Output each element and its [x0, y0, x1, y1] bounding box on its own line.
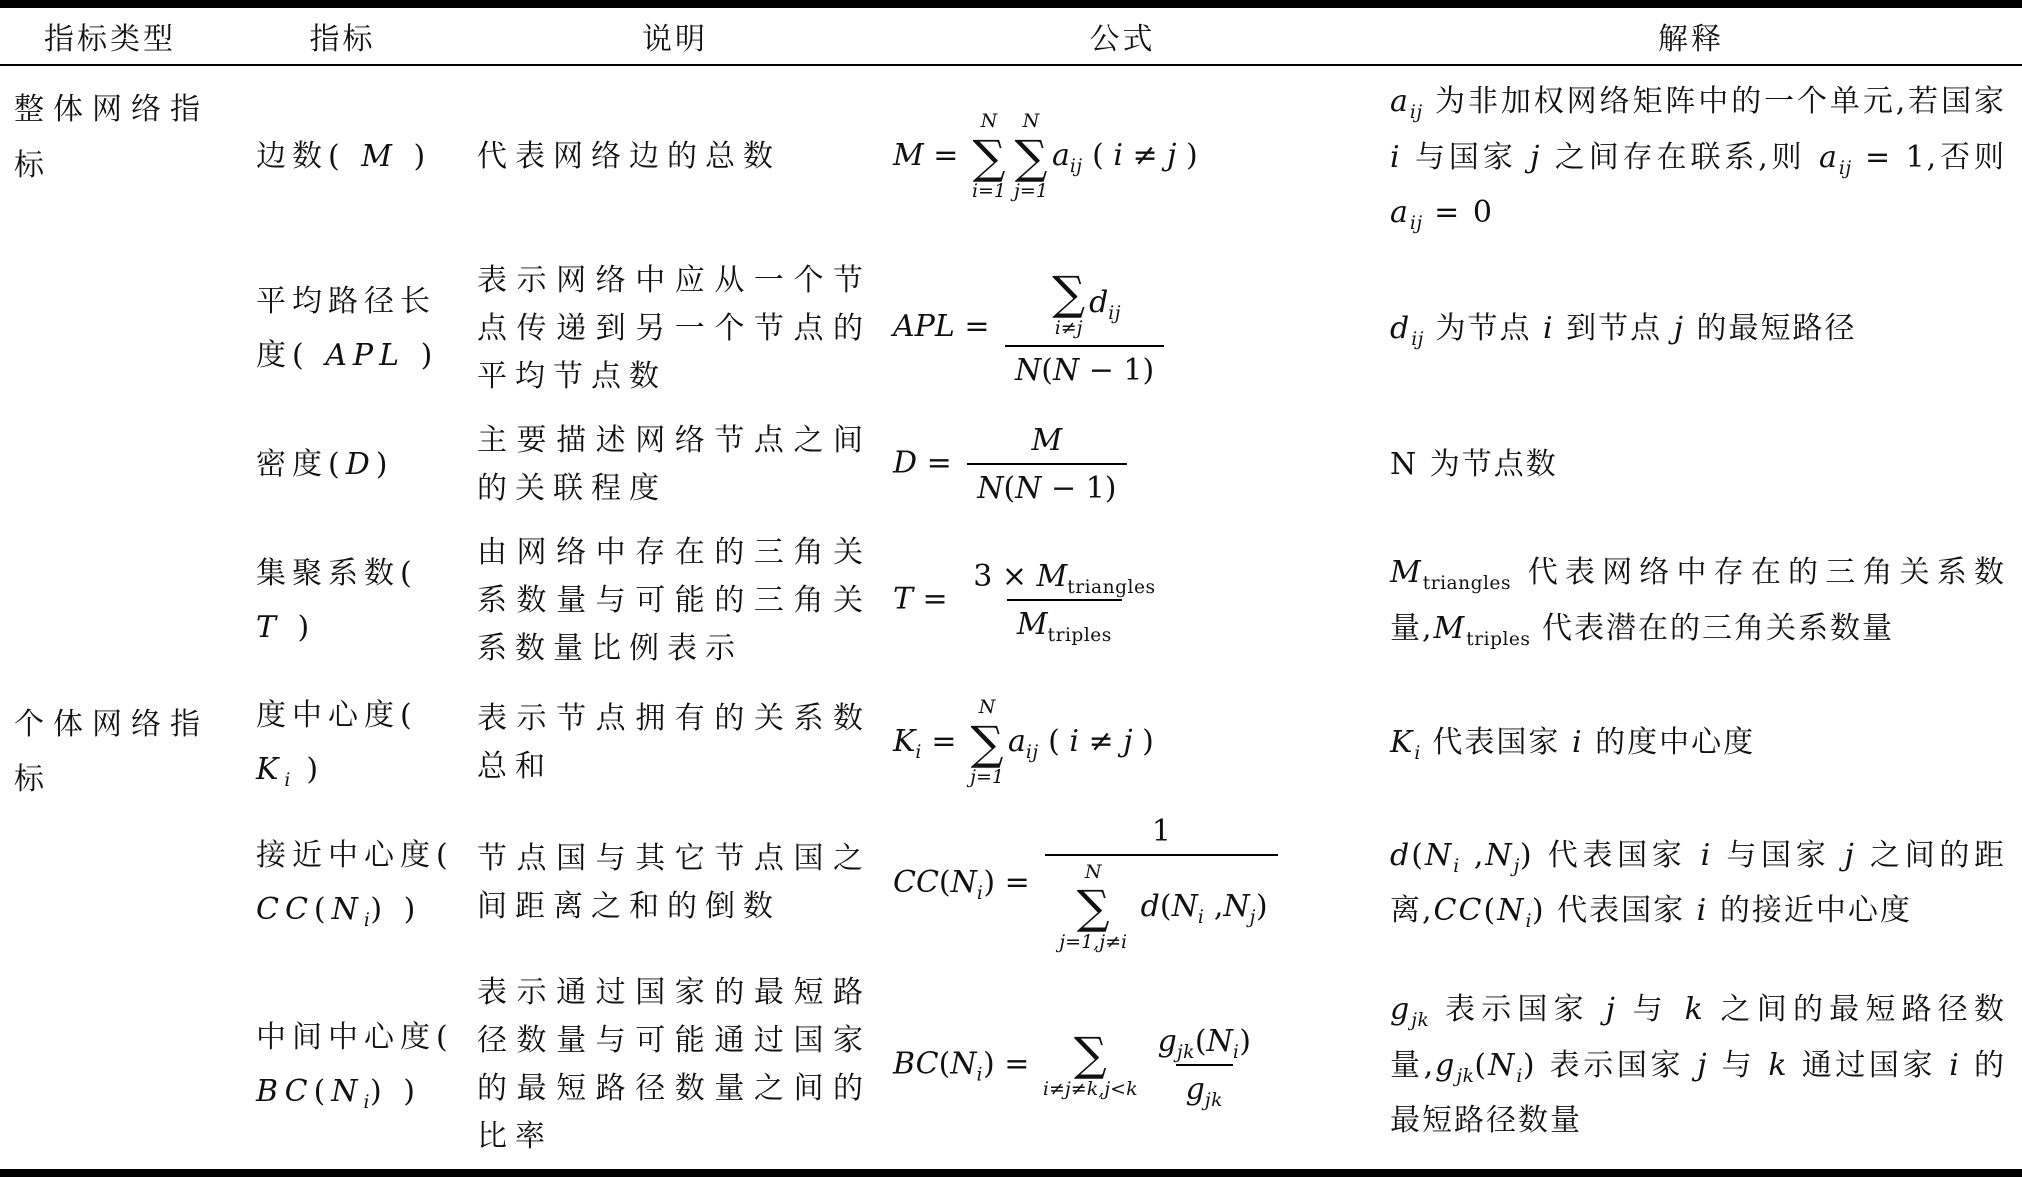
math-text: = 1,否则 — [1852, 140, 2006, 175]
math-text: 之间存在联系,则 — [1541, 140, 1819, 175]
math-text: ( — [1039, 724, 1070, 759]
math-text: 与 — [1709, 1048, 1769, 1083]
math-variable: k — [1768, 1048, 1788, 1083]
summation-symbol: N∑j=1 — [970, 697, 1004, 789]
formula-cell: M = N∑i=1N∑j=1aij ( i ≠ j ) — [885, 65, 1360, 249]
math-subscript: triples — [1048, 625, 1112, 646]
table-row-density: 密度(D) 主要描述网络节点之间的关联程度 D = MN(N − 1) N 为节… — [0, 409, 2022, 521]
math-variable: N — [1015, 353, 1041, 388]
fraction-denominator: Mtriples — [1007, 599, 1122, 642]
math-text: = — [955, 309, 999, 344]
math-text: 为节点 — [1424, 311, 1543, 346]
math-variable: N — [1172, 888, 1198, 923]
math-variable: N — [1015, 471, 1041, 506]
math-text: ( — [939, 864, 951, 899]
math-variable: N — [1223, 888, 1249, 923]
header-indicator-type: 指标类型 — [0, 4, 220, 65]
summation-symbol: ∑i≠j — [1052, 269, 1085, 339]
math-variable: j — [1845, 838, 1856, 873]
math-subscript: ij — [1410, 102, 1423, 123]
math-text: 通过国家 — [1789, 1048, 1950, 1083]
math-variable: K — [256, 752, 284, 787]
math-variable: N — [950, 1046, 976, 1081]
math-text: − 1) — [1079, 353, 1154, 388]
sigma-glyph: ∑ — [1015, 133, 1048, 181]
explanation-cell: gjk 表示国家 j 与 k 之间的最短路径数量,gjk(Ni) 表示国家 j … — [1360, 961, 2022, 1173]
math-text: 表示国家 — [1429, 992, 1605, 1027]
math-variable: APL — [325, 338, 405, 373]
math-text: 代表国家 — [1421, 725, 1572, 760]
group-cell-overall-network: 整体网络指标 — [0, 65, 220, 681]
formula-cell: APL = ∑i≠jdijN(N − 1) — [885, 249, 1360, 409]
sigma-glyph: ∑ — [1074, 1030, 1107, 1078]
math-text: 接近中心度( — [256, 838, 454, 873]
math-text: ( — [1195, 1024, 1207, 1059]
table-row-clustering: 集聚系数( T ) 由网络中存在的三角关系数量与可能的三角关系数量比例表示 T … — [0, 521, 2022, 681]
math-subscript: jk — [1177, 1042, 1195, 1063]
math-subscript: ij — [1026, 742, 1039, 763]
math-text: ) — [1176, 138, 1197, 173]
math-variable: i — [1949, 1048, 1961, 1083]
math-variable: BC — [256, 1074, 314, 1109]
network-indicators-table: 指标类型 指标 说明 公式 解释 整体网络指标 边数( M ) 代表网络边的总数… — [0, 0, 2022, 1177]
math-text: ) — [398, 139, 431, 174]
sum-lower-limit: i≠j≠k,j<k — [1043, 1079, 1138, 1101]
fraction-numerator: 3 × Mtriangles — [963, 559, 1165, 599]
math-text: ) ) — [370, 892, 421, 927]
math-text — [1131, 888, 1141, 923]
group-label-individual: 个体网络指标 — [14, 707, 209, 798]
math-text: 为非加权网络矩阵中的一个单元,若国家 — [1423, 84, 2006, 119]
formula-cell: Ki = N∑j=1aij ( i ≠ j ) — [885, 681, 1360, 806]
fraction-numerator: ∑i≠jdij — [1038, 269, 1131, 344]
header-formula: 公式 — [885, 4, 1360, 65]
summation-symbol: ∑i≠j≠k,j<k — [1043, 1030, 1138, 1100]
math-text: ) 代表国家 — [1520, 838, 1701, 873]
math-subscript: triples — [1466, 629, 1530, 650]
math-text: ) — [282, 610, 315, 645]
math-variable: N — [951, 864, 977, 899]
math-text: 代表潜在的三角关系数量 — [1530, 611, 1894, 646]
math-variable: i — [1390, 140, 1402, 175]
explanation-cell: aij 为非加权网络矩阵中的一个单元,若国家 i 与国家 j 之间存在联系,则 … — [1360, 65, 2022, 249]
explanation-cell: Ki 代表国家 i 的度中心度 — [1360, 681, 2022, 806]
sum-lower-limit: j=1,j≠i — [1059, 932, 1127, 954]
math-variable: N — [1485, 838, 1513, 873]
math-subscript: jk — [1205, 1090, 1223, 1111]
math-variable: M — [1017, 607, 1048, 642]
math-text: ≠ — [1079, 724, 1123, 759]
description-cell: 表示通过国家的最短路径数量与可能通过国家的最短路径数量之间的比率 — [465, 961, 885, 1173]
sigma-glyph: ∑ — [1077, 883, 1110, 931]
summation-symbol: N∑j=1,j≠i — [1059, 862, 1127, 954]
math-text: ) 表示国家 — [1523, 1048, 1697, 1083]
math-text: = — [913, 582, 957, 617]
math-text: ) 代表国家 — [1532, 893, 1697, 928]
math-variable: N — [332, 892, 364, 927]
sum-lower-limit: j=1 — [970, 767, 1004, 789]
math-variable: N — [1053, 353, 1079, 388]
fraction-denominator: gjk — [1176, 1064, 1233, 1107]
math-variable: M — [1390, 555, 1423, 590]
fraction: MN(N − 1) — [967, 423, 1126, 506]
math-variable: i — [1543, 311, 1555, 346]
table-row-edges: 整体网络指标 边数( M ) 代表网络边的总数 M = N∑i=1N∑j=1ai… — [0, 65, 2022, 249]
math-text: 度中心度( — [256, 698, 418, 733]
math-variable: N — [1207, 1024, 1233, 1059]
math-text: 与国家 — [1712, 838, 1844, 873]
description-cell: 表示网络中应从一个节点传递到另一个节点的平均节点数 — [465, 249, 885, 409]
math-text: ( — [1083, 138, 1114, 173]
math-text: ) — [1133, 724, 1154, 759]
math-text: = 0 — [1423, 195, 1494, 230]
math-variable: K — [893, 724, 915, 759]
math-text: ≠ — [1123, 138, 1167, 173]
fraction-numerator: 1 — [1142, 814, 1181, 854]
fraction-numerator: gjk(Ni) — [1148, 1024, 1261, 1064]
math-text: 与国家 — [1402, 140, 1531, 175]
math-variable: CC — [893, 864, 939, 899]
math-text: , — [1460, 838, 1486, 873]
indicator-cell: 接近中心度( CC(Ni) ) — [220, 806, 465, 962]
math-variable: M — [893, 138, 924, 173]
table-row-closeness-centrality: 接近中心度( CC(Ni) ) 节点国与其它节点国之间距离之和的倒数 CC(Ni… — [0, 806, 2022, 962]
math-variable: N — [331, 1074, 363, 1109]
math-variable: i — [1113, 138, 1123, 173]
fraction: 1N∑j=1,j≠i d(Ni ,Nj) — [1045, 814, 1277, 954]
sum-lower-limit: i=1 — [972, 181, 1006, 203]
math-variable: M — [1037, 559, 1068, 594]
math-subscript: jk — [1411, 1010, 1429, 1031]
indicator-cell: 平均路径长度( APL ) — [220, 249, 465, 409]
header-explanation: 解释 — [1360, 4, 2022, 65]
math-variable: g — [1435, 1048, 1456, 1083]
fraction: ∑i≠jdijN(N − 1) — [1005, 269, 1164, 387]
math-variable: g — [1390, 992, 1411, 1027]
explanation-cell: d(Ni ,Nj) 代表国家 i 与国家 j 之间的距离,CC(Ni) 代表国家… — [1360, 806, 2022, 962]
indicator-cell: 边数( M ) — [220, 65, 465, 249]
math-text: ) — [291, 752, 324, 787]
math-variable: D — [893, 446, 917, 481]
math-variable: M — [361, 139, 398, 174]
math-variable: j — [1123, 724, 1132, 759]
math-text: = — [917, 446, 961, 481]
indicator-cell: 度中心度( Ki ) — [220, 681, 465, 806]
group-label-overall: 整体网络指标 — [14, 92, 209, 183]
math-variable: g — [1158, 1024, 1177, 1059]
math-text: ( — [1411, 838, 1425, 873]
math-text: − 1) — [1042, 471, 1117, 506]
math-variable: N — [1488, 1048, 1516, 1083]
description-cell: 表示节点拥有的关系数总和 — [465, 681, 885, 806]
math-variable: i — [1701, 838, 1713, 873]
math-text: N 为节点数 — [1390, 447, 1558, 482]
math-variable: d — [1089, 286, 1108, 321]
math-variable: j — [1530, 140, 1541, 175]
math-variable: j — [1697, 1048, 1708, 1083]
math-text: , — [1204, 888, 1223, 923]
group-cell-individual-network: 个体网络指标 — [0, 681, 220, 1174]
math-text: ) — [1239, 1024, 1251, 1059]
indicator-cell: 密度(D) — [220, 409, 465, 521]
math-text: ( — [1041, 353, 1053, 388]
sigma-glyph: ∑ — [973, 133, 1006, 181]
formula-cell: CC(Ni) = 1N∑j=1,j≠i d(Ni ,Nj) — [885, 806, 1360, 962]
math-text: ) = — [983, 1046, 1039, 1081]
math-text: ) — [1256, 888, 1268, 923]
math-variable: D — [346, 447, 376, 482]
math-variable: g — [1186, 1072, 1205, 1107]
math-variable: d — [1141, 888, 1160, 923]
math-subscript: triangles — [1423, 573, 1511, 594]
math-variable: BC — [893, 1046, 939, 1081]
math-text: 的度中心度 — [1584, 725, 1756, 760]
math-variable: d — [1390, 311, 1411, 346]
math-variable: i — [1069, 724, 1079, 759]
table-row-apl: 平均路径长度( APL ) 表示网络中应从一个节点传递到另一个节点的平均节点数 … — [0, 249, 2022, 409]
fraction: gjk(Ni)gjk — [1148, 1024, 1261, 1107]
formula-cell: BC(Ni) = ∑i≠j≠k,j<kgjk(Ni)gjk — [885, 961, 1360, 1173]
math-text: ( — [1474, 1048, 1488, 1083]
math-text: ) = — [983, 864, 1039, 899]
math-variable: T — [256, 610, 282, 645]
description-cell: 由网络中存在的三角关系数量与可能的三角关系数量比例表示 — [465, 521, 885, 681]
summation-symbol: N∑i=1 — [972, 111, 1006, 203]
header-indicator: 指标 — [220, 4, 465, 65]
math-variable: k — [1685, 992, 1705, 1027]
math-subscript: triangles — [1067, 577, 1155, 598]
math-subscript: ij — [1410, 213, 1423, 234]
math-text: 密度( — [256, 447, 346, 482]
header-row: 指标类型 指标 说明 公式 解释 — [0, 4, 2022, 65]
math-variable: N — [977, 471, 1003, 506]
explanation-cell: Mtriangles 代表网络中存在的三角关系数量,Mtriples 代表潜在的… — [1360, 521, 2022, 681]
math-text: ( — [314, 892, 332, 927]
math-variable: CC — [256, 892, 314, 927]
math-text: ( — [1483, 893, 1497, 928]
math-text: 中间中心度( — [256, 1020, 454, 1055]
math-variable: M — [1434, 611, 1467, 646]
description-cell: 代表网络边的总数 — [465, 65, 885, 249]
formula-cell: T = 3 × MtrianglesMtriples — [885, 521, 1360, 681]
sigma-glyph: ∑ — [971, 719, 1004, 767]
math-text: ) — [376, 447, 394, 482]
math-text: = — [924, 138, 968, 173]
explanation-cell: N 为节点数 — [1360, 409, 2022, 521]
math-subscript: ij — [1839, 158, 1852, 179]
math-text: ( — [314, 1074, 332, 1109]
description-cell: 主要描述网络节点之间的关联程度 — [465, 409, 885, 521]
math-text: 的接近中心度 — [1708, 893, 1912, 928]
math-text: 的最短路径 — [1685, 311, 1857, 346]
math-variable: a — [1390, 195, 1410, 230]
math-text: = — [922, 724, 966, 759]
table-row-degree-centrality: 个体网络指标 度中心度( Ki ) 表示节点拥有的关系数总和 Ki = N∑j=… — [0, 681, 2022, 806]
math-subscript: ij — [1070, 156, 1083, 177]
math-variable: j — [1606, 992, 1617, 1027]
sigma-glyph: ∑ — [1052, 269, 1085, 317]
explanation-cell: dij 为节点 i 到节点 j 的最短路径 — [1360, 249, 2022, 409]
formula-cell: D = MN(N − 1) — [885, 409, 1360, 521]
math-variable: CC — [1434, 893, 1484, 928]
math-variable: a — [1819, 140, 1839, 175]
math-text: 集聚系数( — [256, 556, 418, 591]
math-variable: APL — [893, 309, 955, 344]
math-variable: K — [1390, 725, 1414, 760]
math-variable: a — [1008, 724, 1026, 759]
fraction-numerator: M — [1022, 423, 1073, 463]
table-row-betweenness-centrality: 中间中心度( BC(Ni) ) 表示通过国家的最短路径数量与可能通过国家的最短路… — [0, 961, 2022, 1173]
sum-lower-limit: j=1 — [1014, 181, 1048, 203]
header-description: 说明 — [465, 4, 885, 65]
fraction-denominator: N(N − 1) — [967, 463, 1126, 506]
sum-lower-limit: i≠j — [1055, 318, 1083, 340]
math-subscript: ij — [1108, 304, 1121, 325]
math-variable: d — [1390, 838, 1411, 873]
math-text: 边数( — [256, 139, 361, 174]
math-text: 与 — [1617, 992, 1685, 1027]
math-variable: M — [1032, 423, 1063, 458]
math-text: ) ) — [370, 1074, 421, 1109]
math-subscript: ij — [1411, 329, 1424, 350]
math-variable: N — [1497, 893, 1525, 928]
fraction-denominator: N∑j=1,j≠i d(Ni ,Nj) — [1045, 854, 1277, 954]
math-text: 3 × — [973, 559, 1036, 594]
math-variable: a — [1390, 84, 1410, 119]
math-text: ( — [1004, 471, 1016, 506]
math-variable: j — [1674, 311, 1685, 346]
summation-symbol: N∑j=1 — [1014, 111, 1048, 203]
math-text: ) — [405, 338, 438, 373]
fraction: 3 × MtrianglesMtriples — [963, 559, 1165, 642]
math-text: ( — [939, 1046, 951, 1081]
math-variable: i — [1697, 893, 1709, 928]
math-text: 1 — [1152, 814, 1171, 849]
indicator-cell: 中间中心度( BC(Ni) ) — [220, 961, 465, 1173]
math-subscript: jk — [1456, 1066, 1474, 1087]
math-variable: N — [1425, 838, 1453, 873]
description-cell: 节点国与其它节点国之间距离之和的倒数 — [465, 806, 885, 962]
paper-table-page: 指标类型 指标 说明 公式 解释 整体网络指标 边数( M ) 代表网络边的总数… — [0, 0, 2022, 1177]
math-variable: a — [1052, 138, 1070, 173]
math-variable: T — [893, 582, 913, 617]
fraction-denominator: N(N − 1) — [1005, 345, 1164, 388]
indicator-cell: 集聚系数( T ) — [220, 521, 465, 681]
math-variable: i — [1572, 725, 1584, 760]
math-text: 到节点 — [1555, 311, 1674, 346]
math-text: ( — [1160, 888, 1172, 923]
